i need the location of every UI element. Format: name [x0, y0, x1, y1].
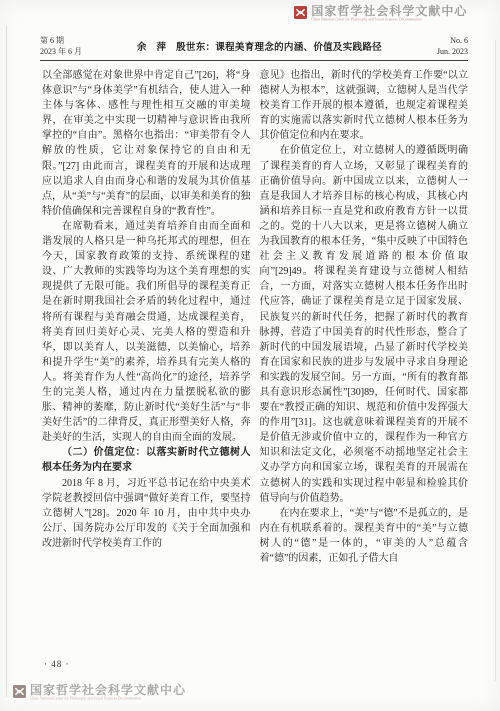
- paragraph: 在价值定位上，对立德树人的遵循既明确了课程美育的育人立场，又彰显了课程美育的正确…: [260, 143, 469, 505]
- section-subheading: （二）价值定位：以落实新时代立德树人根本任务为内在要求: [42, 445, 251, 475]
- paragraph: 在内在要求上，“美”与“德”不是孤立的，是内在有机联系着的。课程美育中的“美”与…: [260, 506, 469, 566]
- csdc-logo-text: 国家哲学社会科学文献中心: [311, 5, 490, 17]
- issue-info-en: No. 6 Jun. 2023: [437, 35, 468, 57]
- csdc-logo-bottom: 国家哲学社会科学文献中心 China National Center for P…: [13, 684, 209, 703]
- running-title: 余 萍 殷世东：课程美育理念的内涵、价值及实践路径: [137, 39, 382, 53]
- paragraph: 在席勒看来，通过美育培养自由而全面和谐发展的人格只是一种乌托邦式的理想，但在今天…: [42, 219, 251, 445]
- issue-info-cn: 第 6 期 2023 年 6 月: [40, 35, 82, 57]
- page-number: · 48 ·: [44, 659, 70, 669]
- header-rule: [40, 60, 468, 61]
- csdc-logo-subtext: China National Center for Philosophy and…: [311, 18, 422, 22]
- csdc-logo-subtext: China National Center for Philosophy and…: [30, 697, 141, 701]
- csdc-logo-text: 国家哲学社会科学文献中心: [30, 684, 209, 696]
- issue-number-cn: 第 6 期: [40, 35, 82, 46]
- paragraph: 以全部感觉在对象世界中肯定自己”[26]，将“身体意识”与“身体美学”有机结合，…: [42, 68, 251, 219]
- paragraph: 2018 年 8 月，习近平总书记在给中央美术学院老教授回信中强调“做好美育工作…: [42, 476, 251, 551]
- scan-edge: [6, 26, 7, 697]
- csdc-logo-top: 国家哲学社会科学文献中心 China National Center for P…: [294, 5, 490, 24]
- issue-date-cn: 2023 年 6 月: [40, 46, 82, 57]
- article-body: 以全部感觉在对象世界中肯定自己”[26]，将“身体意识”与“身体美学”有机结合，…: [42, 68, 468, 646]
- issue-number-en: No. 6: [437, 35, 468, 46]
- scan-edge: [495, 40, 496, 681]
- page-header: 第 6 期 2023 年 6 月 余 萍 殷世东：课程美育理念的内涵、价值及实践…: [40, 35, 468, 57]
- csdc-logo-icon: [13, 685, 26, 703]
- issue-date-en: Jun. 2023: [437, 46, 468, 57]
- left-column: 以全部感觉在对象世界中肯定自己”[26]，将“身体意识”与“身体美学”有机结合，…: [42, 68, 251, 646]
- right-column: 意见》也指出，新时代的学校美育工作要“以立德树人为根本”，这就强调，立德树人是当…: [260, 68, 469, 646]
- journal-page: 国家哲学社会科学文献中心 China National Center for P…: [0, 0, 500, 711]
- paragraph: 意见》也指出，新时代的学校美育工作要“以立德树人为根本”，这就强调，立德树人是当…: [260, 68, 469, 143]
- csdc-logo-icon: [294, 6, 307, 24]
